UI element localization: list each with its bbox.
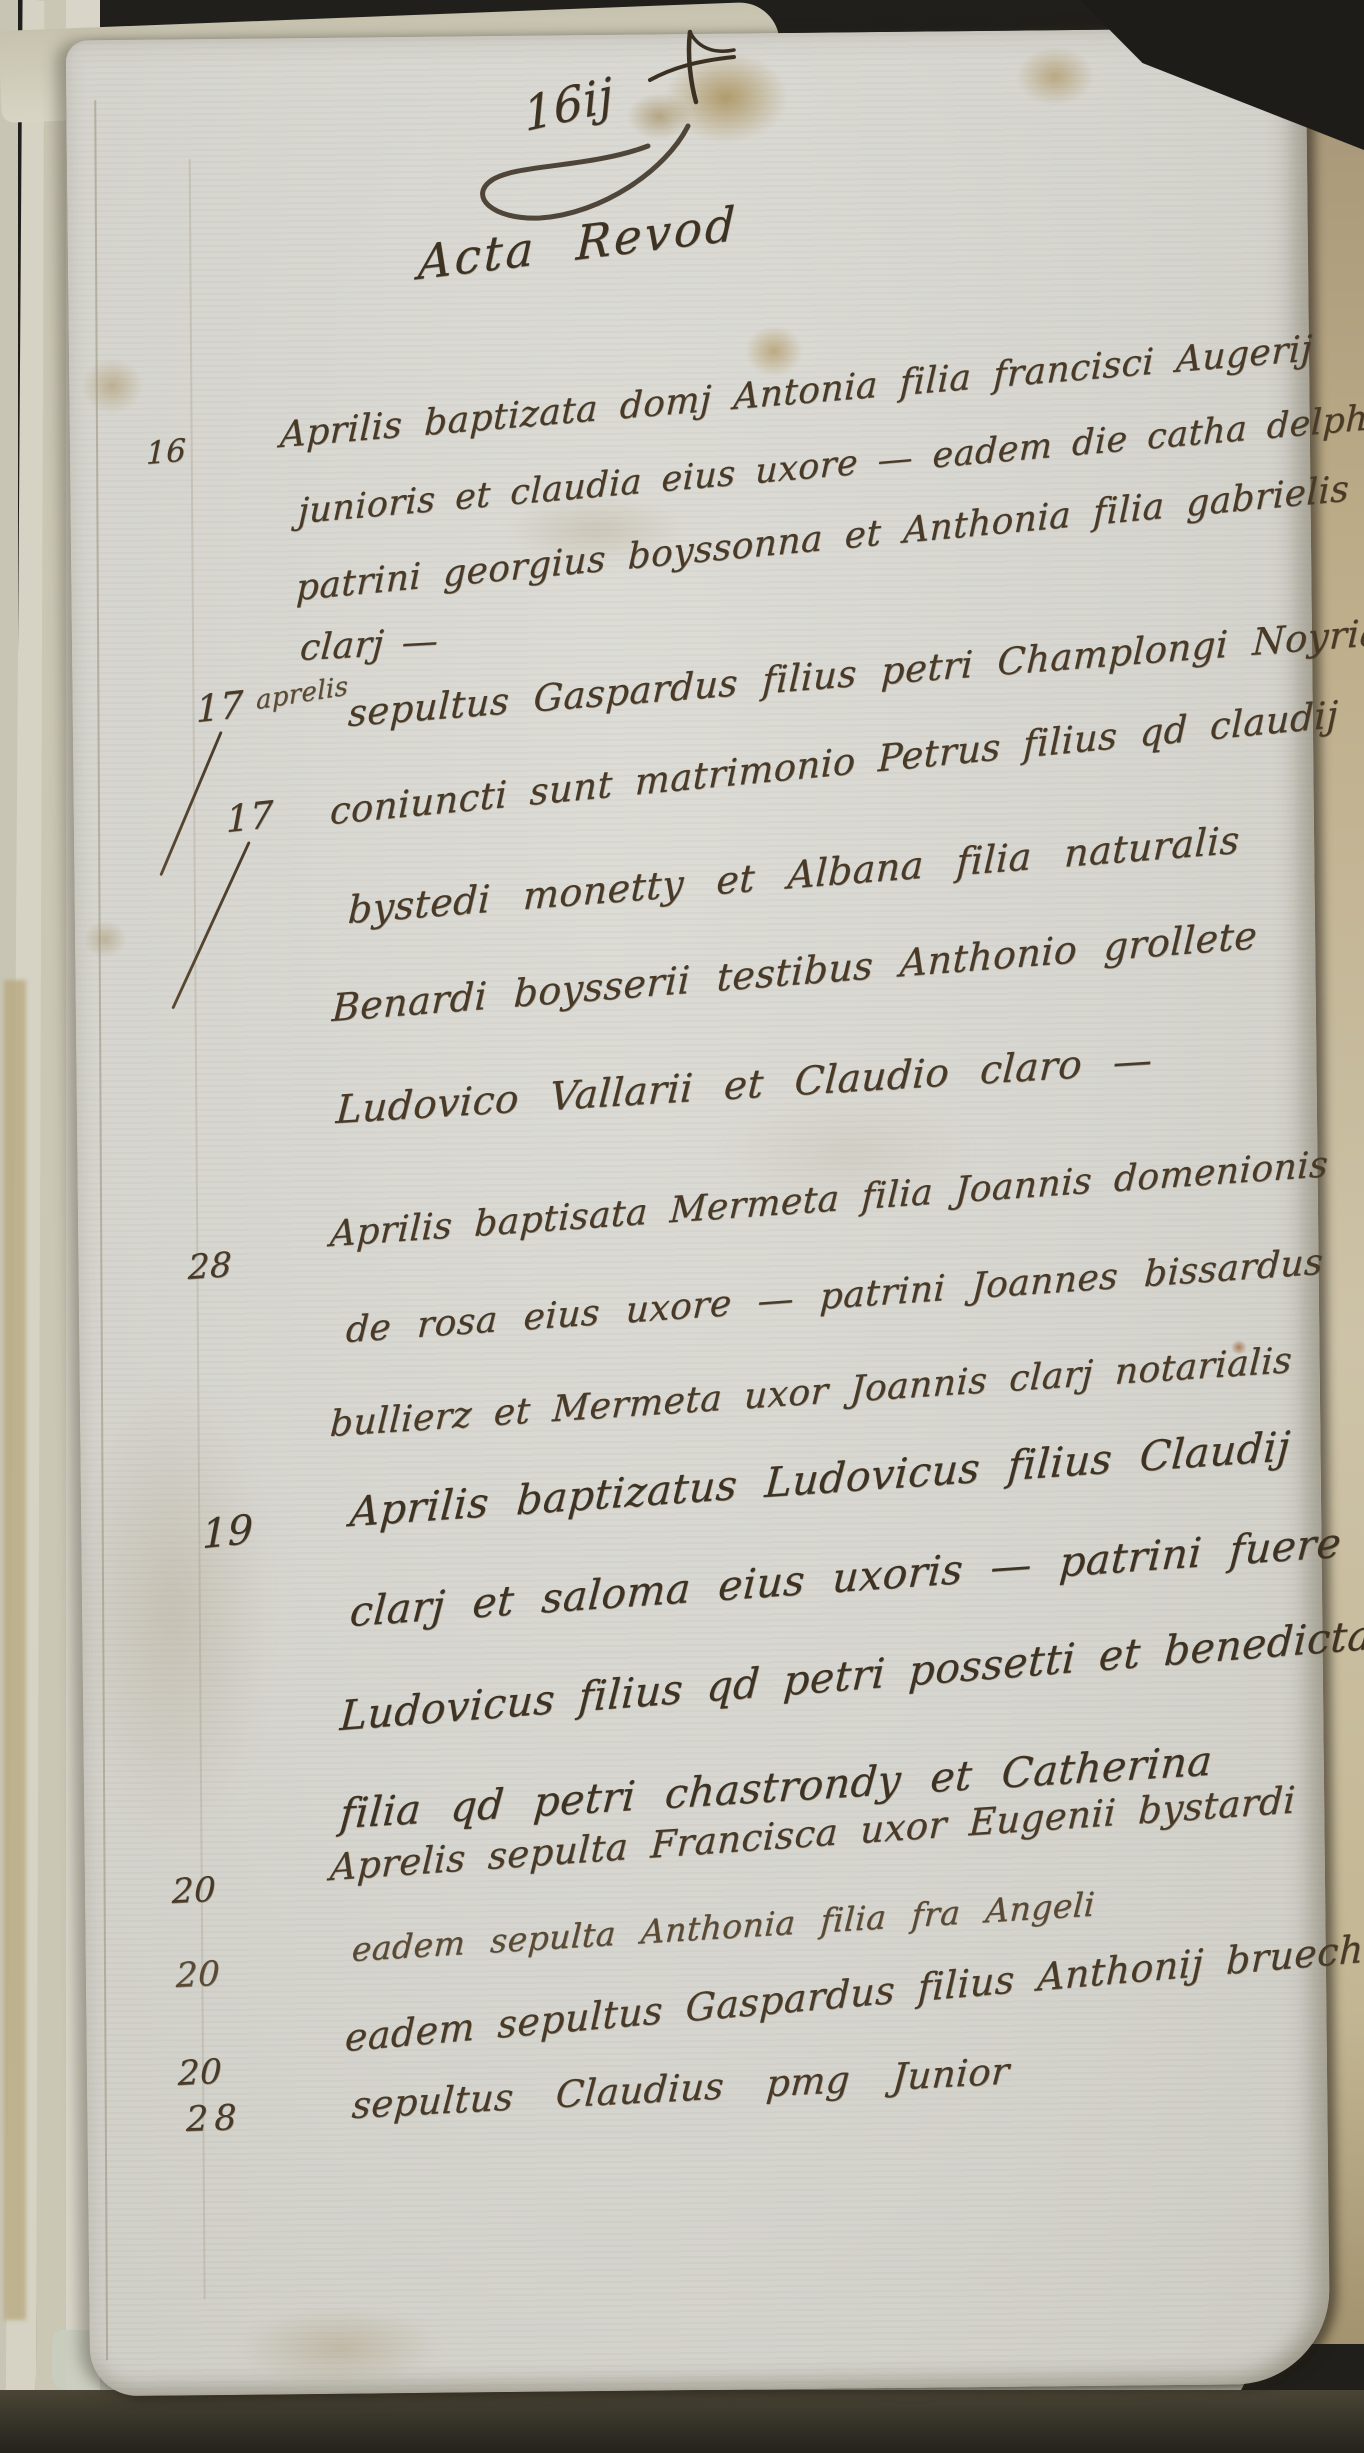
entry-1-margin-date: 16 [146, 432, 187, 472]
head-ink-mark [636, 26, 752, 110]
entry-3-margin-number: 17 [226, 793, 274, 841]
entry-9-margin-date: 28 [186, 2098, 243, 2140]
entry-2-margin-date: 17 [196, 683, 244, 731]
entry-1-line: clarj — [299, 621, 440, 669]
ink-stain [83, 920, 127, 958]
page-edge-tan-streak [4, 980, 26, 2320]
corner-stain [239, 2307, 440, 2389]
ink-stain [1016, 46, 1095, 107]
entry-8-margin-date: 20 [178, 2052, 223, 2094]
photo-background-bottom [0, 2390, 1364, 2453]
entry-5-margin-date: 19 [202, 1506, 254, 1558]
entry-6-margin-date: 20 [172, 1870, 217, 1912]
ink-stain [81, 358, 144, 415]
page-crease [94, 100, 108, 2360]
entry-7-margin-date: 20 [176, 1954, 221, 1996]
manuscript-photo: 16ij Acta Revod 16 Aprilis baptizata dom… [0, 0, 1364, 2453]
entry-4-margin-date: 28 [188, 1245, 233, 1288]
ink-stain [745, 325, 804, 378]
entry-2-margin-number: 17 [196, 683, 244, 731]
entry-3-margin-date: 17 [226, 793, 274, 841]
